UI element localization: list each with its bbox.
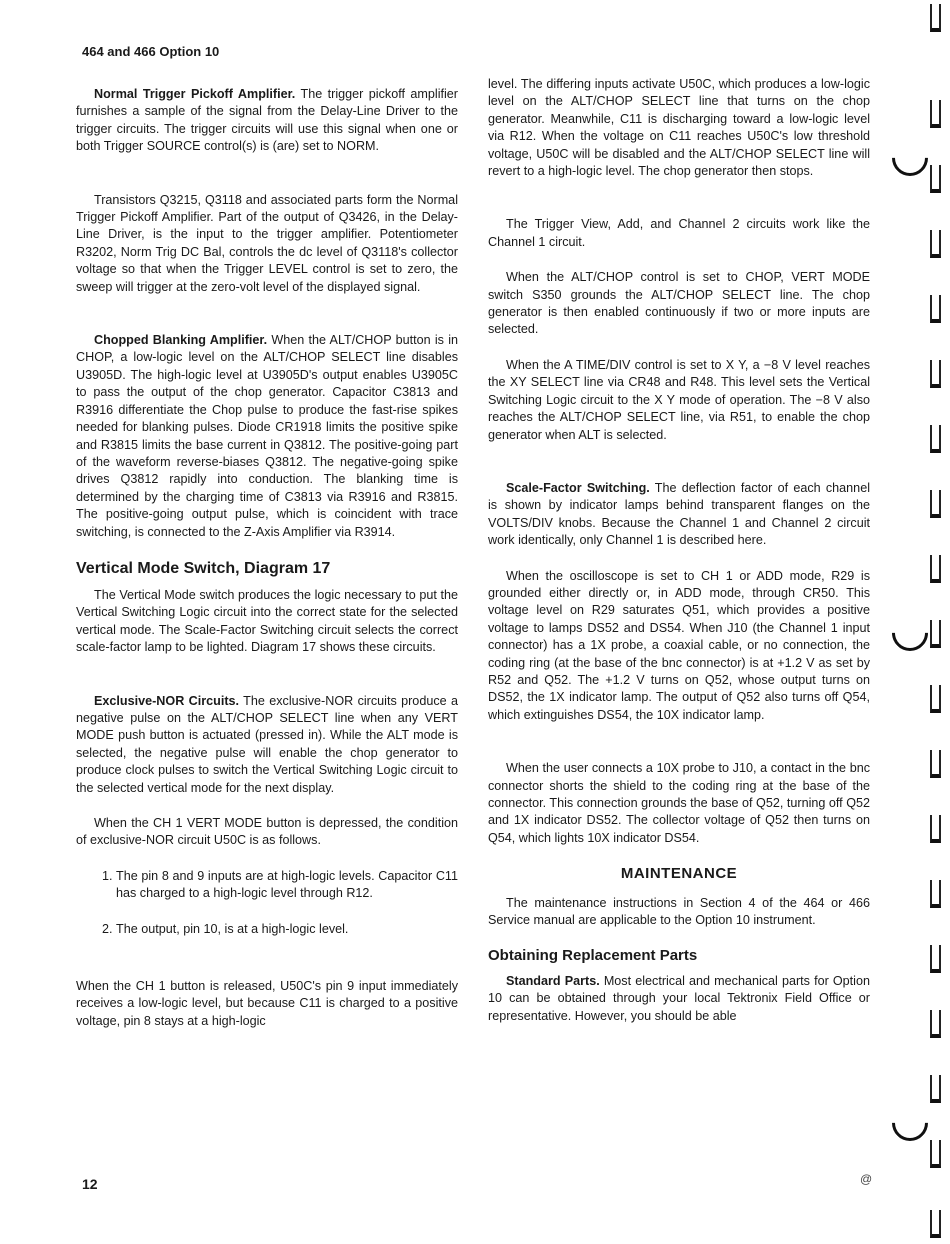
paragraph-exclusive-nor: Exclusive-NOR Circuits. The exclusive-NO… bbox=[76, 693, 458, 797]
paragraph-chopped-blanking: Chopped Blanking Amplifier. When the ALT… bbox=[76, 332, 458, 541]
section-heading-vertical-mode: Vertical Mode Switch, Diagram 17 bbox=[76, 559, 458, 579]
paragraph-maintenance: The maintenance instructions in Section … bbox=[488, 895, 870, 930]
binder-hole-mark bbox=[930, 490, 941, 518]
left-column: Normal Trigger Pickoff Amplifier. The tr… bbox=[76, 86, 458, 1048]
paragraph-alt-chop: When the ALT/CHOP control is set to CHOP… bbox=[488, 269, 870, 339]
runin-heading: Exclusive-NOR Circuits. bbox=[94, 694, 239, 708]
binder-hole-mark bbox=[930, 555, 941, 583]
section-heading-replacement-parts: Obtaining Replacement Parts bbox=[488, 947, 870, 964]
binder-hole-mark bbox=[930, 1140, 941, 1168]
right-column: level. The differing inputs activate U50… bbox=[488, 76, 870, 1043]
binder-hole-mark bbox=[930, 165, 941, 193]
binder-hole-mark bbox=[930, 750, 941, 778]
binder-hole-mark bbox=[930, 1075, 941, 1103]
runin-heading: Standard Parts. bbox=[506, 974, 600, 988]
paragraph-vertical-mode: The Vertical Mode switch produces the lo… bbox=[76, 587, 458, 657]
paragraph-10x-probe: When the user connects a 10X probe to J1… bbox=[488, 760, 870, 847]
list-item: The output, pin 10, is at a high-logic l… bbox=[116, 921, 458, 938]
page-number: 12 bbox=[82, 1176, 98, 1192]
binder-hole-mark bbox=[930, 1210, 941, 1238]
runin-heading: Chopped Blanking Amplifier. bbox=[94, 333, 267, 347]
paragraph-differing-inputs: level. The differing inputs activate U50… bbox=[488, 76, 870, 180]
binder-hole-mark bbox=[930, 100, 941, 128]
paragraph-standard-parts: Standard Parts. Most electrical and mech… bbox=[488, 973, 870, 1025]
paragraph-ch1-add: When the oscilloscope is set to CH 1 or … bbox=[488, 568, 870, 725]
paragraph-trigger-view: The Trigger View, Add, and Channel 2 cir… bbox=[488, 216, 870, 251]
binder-hole-mark bbox=[930, 880, 941, 908]
paragraph-transistors: Transistors Q3215, Q3118 and associated … bbox=[76, 192, 458, 296]
runin-heading: Scale-Factor Switching. bbox=[506, 481, 650, 495]
binder-hole-mark bbox=[930, 685, 941, 713]
runin-heading: Normal Trigger Pickoff Amplifier. bbox=[94, 87, 295, 101]
binder-ring-arc bbox=[885, 608, 936, 659]
paragraph-ch1-depressed: When the CH 1 VERT MODE button is depres… bbox=[76, 815, 458, 850]
binder-hole-mark bbox=[930, 295, 941, 323]
paragraph-trigger-pickoff: Normal Trigger Pickoff Amplifier. The tr… bbox=[76, 86, 458, 156]
binder-hole-mark bbox=[930, 230, 941, 258]
paragraph-ch1-released: When the CH 1 button is released, U50C's… bbox=[76, 978, 458, 1030]
copyright-mark: @ bbox=[860, 1172, 872, 1186]
paragraph-scale-factor: Scale-Factor Switching. The deflection f… bbox=[488, 480, 870, 550]
binder-hole-mark bbox=[930, 815, 941, 843]
section-heading-maintenance: MAINTENANCE bbox=[488, 865, 870, 882]
binder-ring-arc bbox=[885, 1098, 936, 1149]
binder-hole-mark bbox=[930, 945, 941, 973]
binder-hole-mark bbox=[930, 425, 941, 453]
condition-list: The pin 8 and 9 inputs are at high-logic… bbox=[76, 868, 458, 938]
list-item: The pin 8 and 9 inputs are at high-logic… bbox=[116, 868, 458, 903]
paragraph-time-div: When the A TIME/DIV control is set to X … bbox=[488, 357, 870, 444]
binder-ring-arc bbox=[885, 133, 936, 184]
binder-hole-mark bbox=[930, 4, 941, 32]
binder-hole-mark bbox=[930, 360, 941, 388]
running-head: 464 and 466 Option 10 bbox=[82, 44, 219, 59]
binder-hole-mark bbox=[930, 1010, 941, 1038]
binder-hole-mark bbox=[930, 620, 941, 648]
